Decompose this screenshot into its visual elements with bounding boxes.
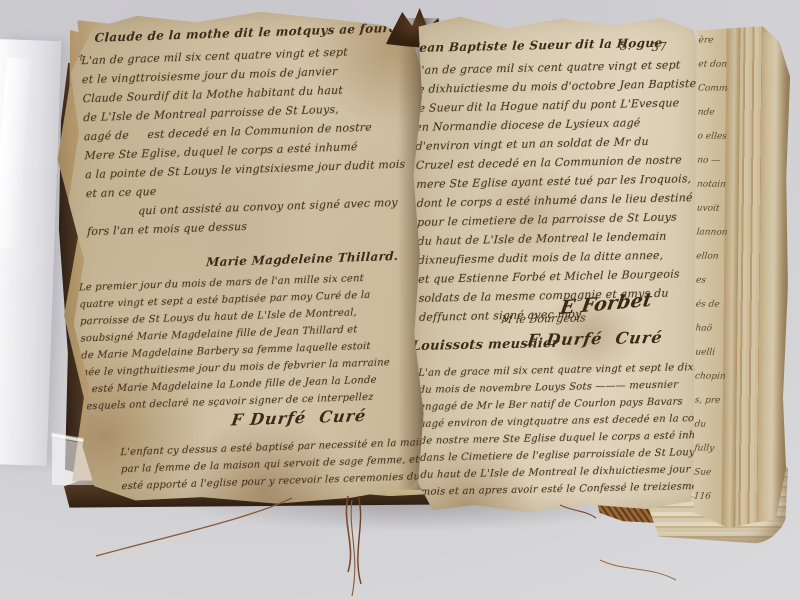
right-page-handwriting: Jean Baptiste le Sueur dit la Hogue S. 3… <box>403 13 709 515</box>
fore-edge-writing-fragments: èreet donCommendeo ellesno —notainuvoitl… <box>694 34 729 504</box>
folio-letter: S. <box>619 38 631 52</box>
handwritten-line: Comme <box>697 82 729 96</box>
handwritten-line: uvoit <box>696 202 728 216</box>
burial-entry-text: L'an de grace mil six cent quatre vingt … <box>81 41 407 242</box>
photograph-open-parish-register: pour mort Claude de la mothe dit le motq… <box>0 0 800 600</box>
handwritten-line: nde <box>697 106 729 120</box>
handwritten-line: fully <box>693 442 725 456</box>
handwritten-line: ère <box>698 34 730 48</box>
witness-signature: M le Bourgeois <box>500 311 586 326</box>
handwritten-line: o elles <box>697 130 729 144</box>
thread <box>600 560 676 580</box>
handwritten-line: Sue <box>693 466 725 480</box>
handwritten-line: ellon <box>695 250 727 264</box>
baptism-entry-heading: Marie Magdeleine Thillard. <box>206 249 399 269</box>
baptism-entry-text: Le premier jour du mois de mars de l'an … <box>79 269 392 415</box>
burial-entry-text: L'an de grace mil six cent quatre vingt … <box>414 55 702 327</box>
handwritten-line: uelli <box>694 346 726 360</box>
page-block-fore-edge: èreet donCommendeo ellesno —notainuvoitl… <box>691 26 790 529</box>
cure-signature: F Durfé Curé <box>230 406 368 430</box>
cure-signature: F Durfé Curé <box>526 328 664 350</box>
handwritten-line: haö <box>695 322 727 336</box>
handwritten-line: chopin <box>694 370 726 384</box>
handwritten-line: és de <box>695 298 727 312</box>
folio-number: 37 <box>651 40 667 54</box>
handwritten-line: notain <box>696 178 728 192</box>
handwritten-line: s, pre <box>694 394 726 408</box>
left-page: pour mort Claude de la mothe dit le motq… <box>55 10 433 507</box>
handwritten-line: es <box>695 274 727 288</box>
right-page: Jean Baptiste le Sueur dit la Hogue S. 3… <box>407 15 706 513</box>
handwritten-line: lannone <box>696 226 728 240</box>
handwritten-line: et don <box>697 58 729 72</box>
handwritten-line: no — <box>696 154 728 168</box>
handwritten-line: du <box>694 418 726 432</box>
handwritten-line: 116 <box>693 490 725 504</box>
left-page-handwriting: pour mort Claude de la mothe dit le motq… <box>50 6 438 510</box>
fore-edge-strip <box>757 26 790 528</box>
